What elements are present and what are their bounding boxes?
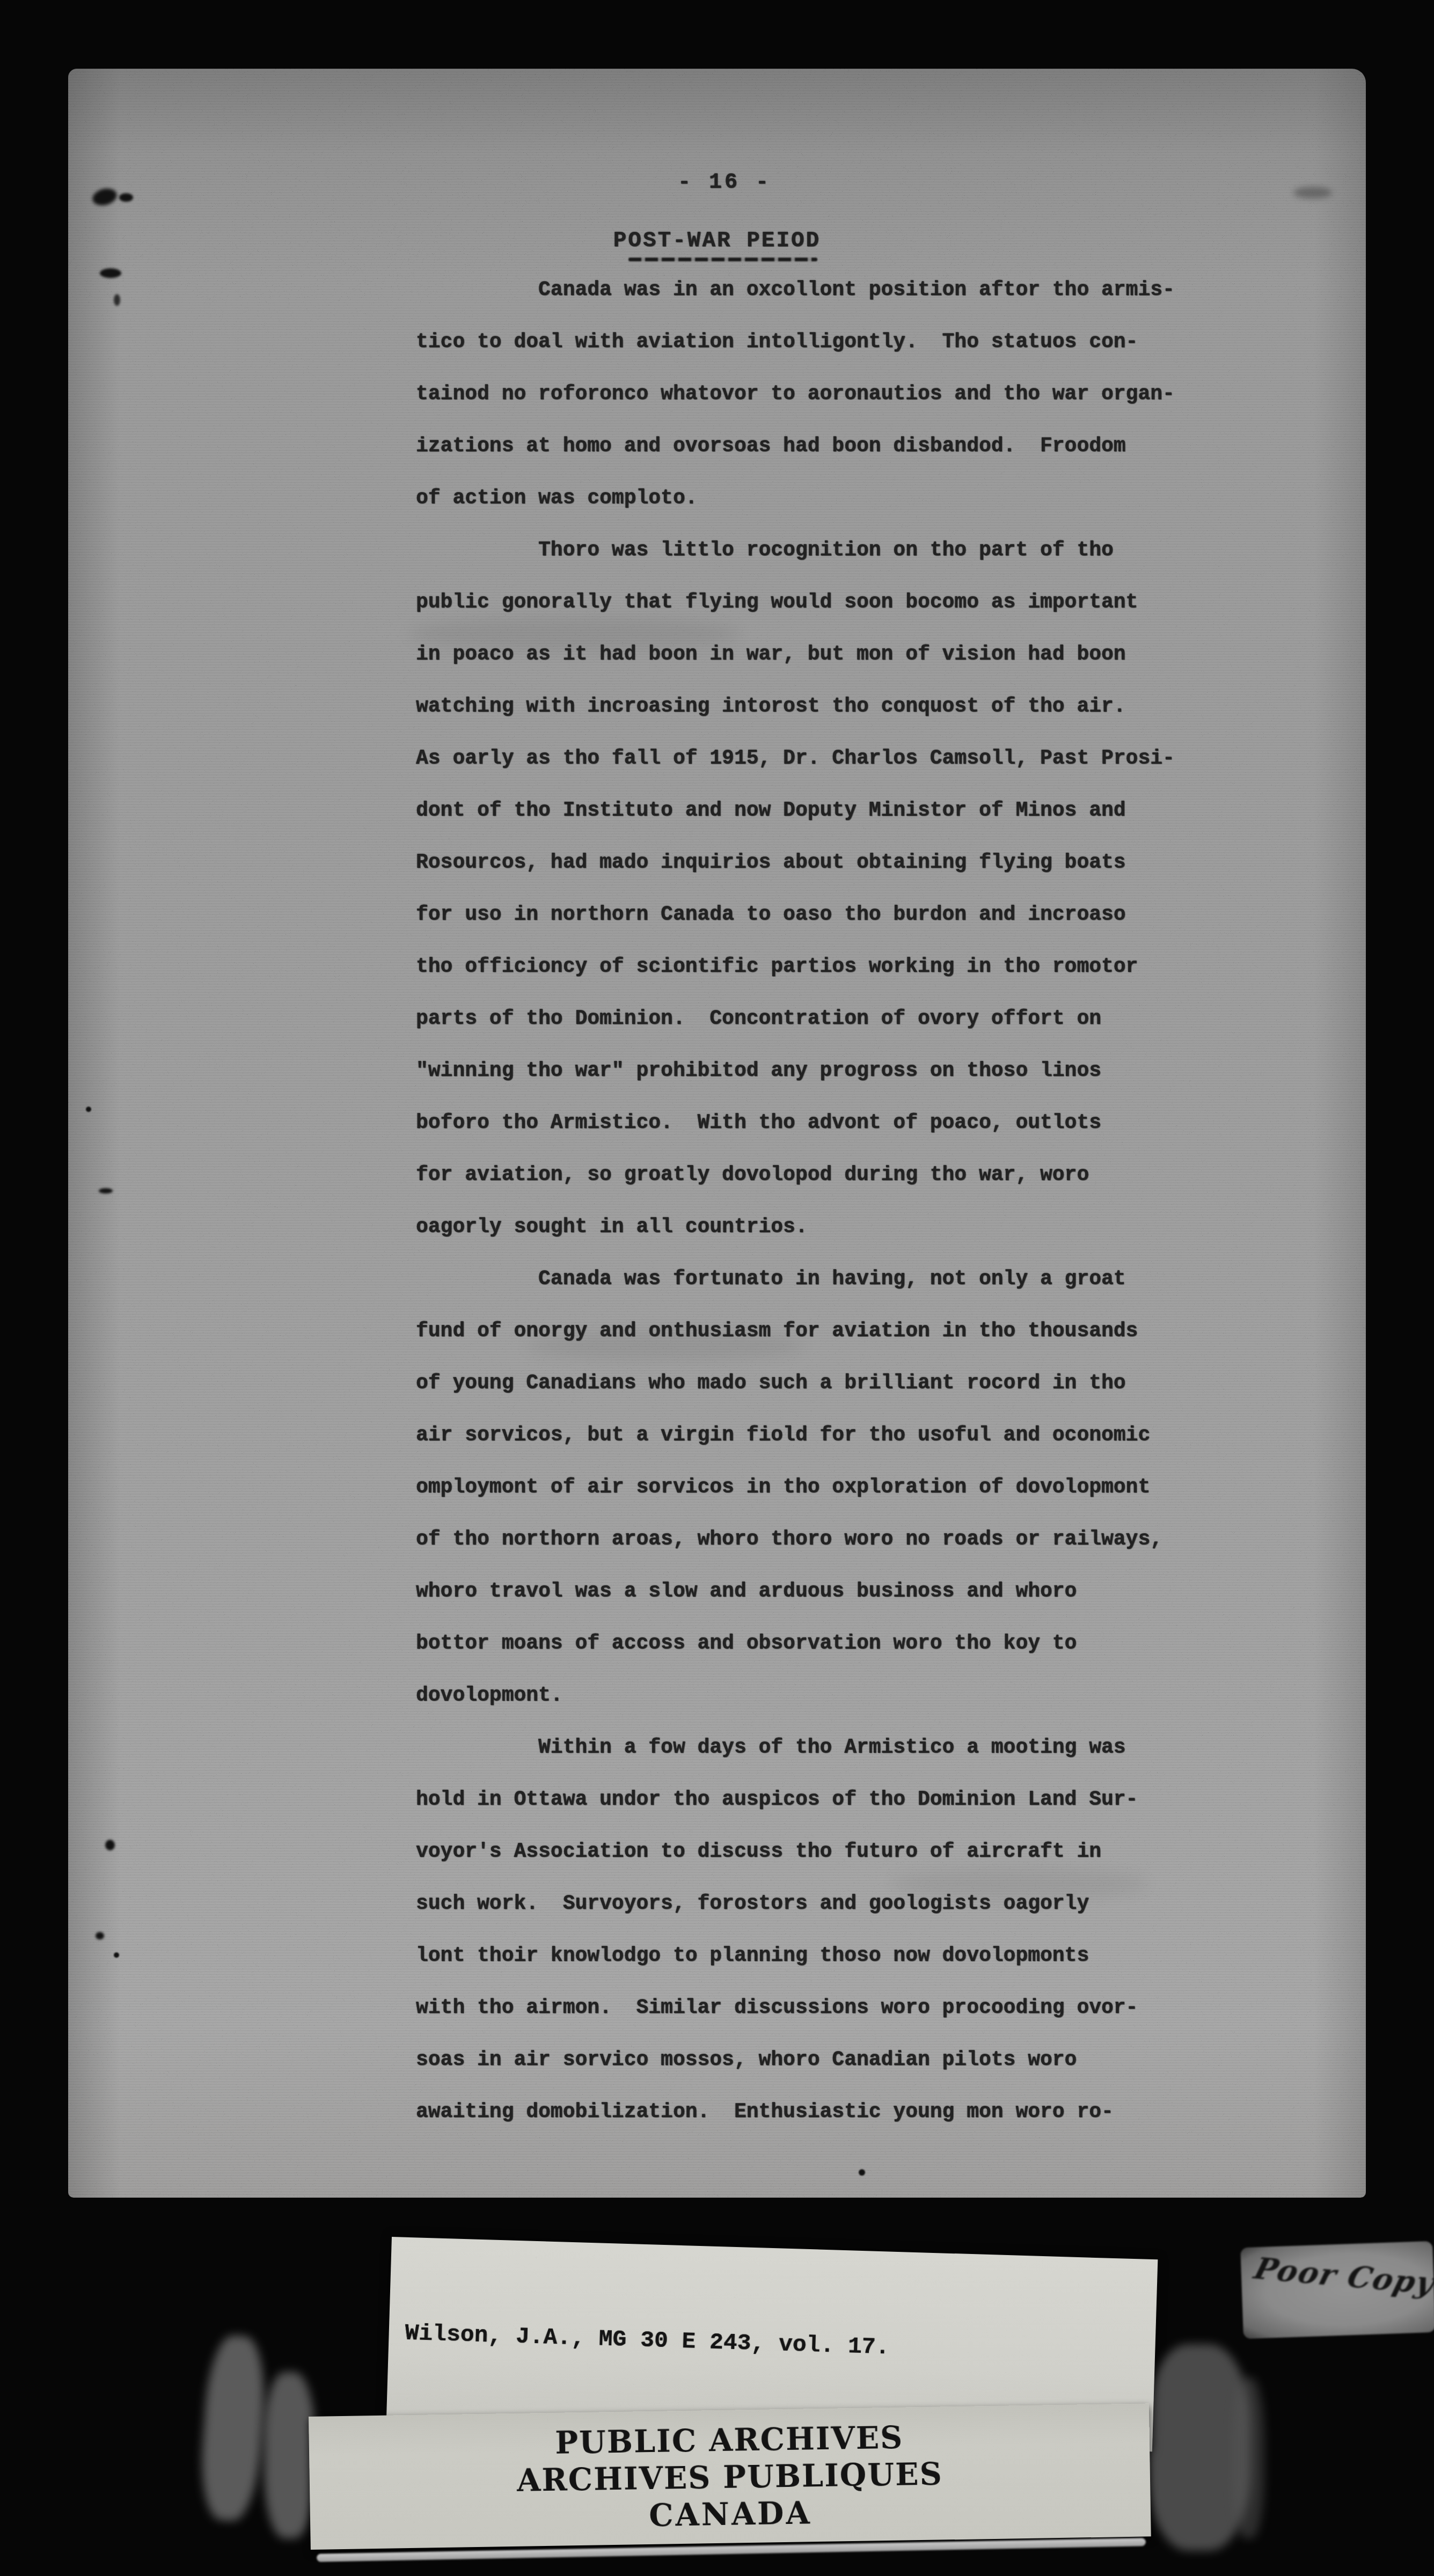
ink-speck — [99, 1188, 113, 1194]
page-number: - 16 - — [76, 171, 1373, 195]
document-page: - 16 - POST-WAR PEIOD Canada was in an o… — [68, 69, 1366, 2198]
ink-speck — [86, 1107, 91, 1112]
document-body-text: Canada was in an oxcollont position afto… — [416, 264, 1205, 2138]
ink-speck — [119, 193, 133, 202]
archive-reference-line1: Wilson, J.A., MG 30 E 243, vol. 17. — [405, 2316, 1029, 2369]
ink-speck — [100, 268, 121, 278]
ink-speck — [114, 1952, 119, 1958]
tape-blob — [197, 2334, 268, 2523]
ink-speck — [859, 2169, 865, 2176]
archives-stamp: PUBLIC ARCHIVES ARCHIVES PUBLIQUES CANAD… — [309, 2403, 1151, 2550]
ink-speck — [114, 294, 120, 306]
title-underline — [628, 258, 817, 261]
ink-speck — [96, 1932, 104, 1940]
tape-blob — [1232, 2377, 1264, 2538]
tape-blob — [264, 2372, 315, 2538]
microfilm-scan: - 16 - POST-WAR PEIOD Canada was in an o… — [0, 0, 1434, 2576]
ink-speck — [105, 1840, 115, 1850]
page-title: POST-WAR PEIOD — [68, 229, 1366, 253]
